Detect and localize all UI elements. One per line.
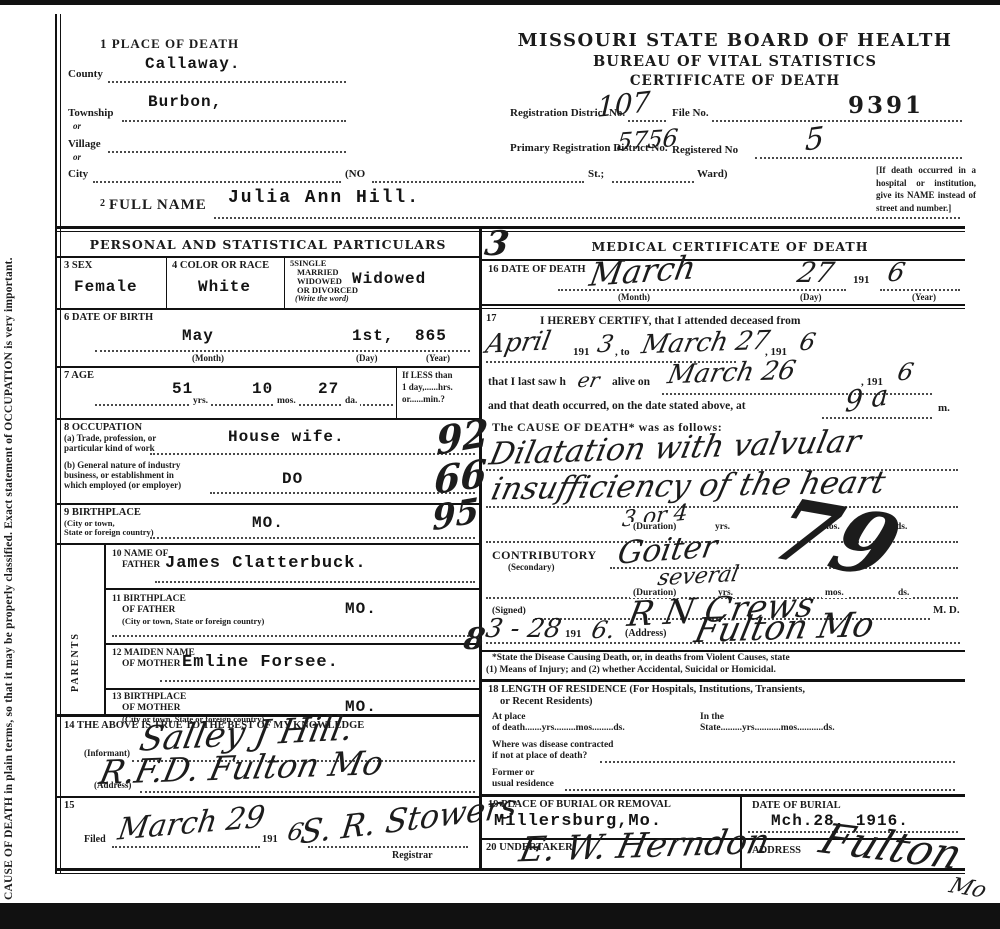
dob-label: 6 DATE OF BIRTH: [64, 312, 153, 323]
footnote-line-1: *State the Disease Causing Death, or, in…: [492, 653, 790, 663]
signed-year-script: 6.: [589, 616, 618, 644]
occupation-b-label-2: business, or establishment in: [64, 470, 174, 480]
physician-address-script: Fulton Mo: [691, 605, 878, 652]
father-name-label-1: 10 NAME OF: [112, 549, 168, 559]
certificate-title: CERTIFICATE OF DEATH: [505, 73, 965, 89]
board-title: MISSOURI STATE BOARD OF HEALTH: [505, 30, 965, 51]
burial-place-label: 19 PLACE OF BURIAL OR REMOVAL: [488, 799, 671, 810]
age-label: 7 AGE: [64, 370, 94, 381]
divider: [482, 304, 965, 306]
race-label: 4 COLOR OR RACE: [172, 260, 269, 271]
full-name-label: FULL NAME: [109, 197, 207, 214]
mother-name-value: Emline Forsee.: [182, 653, 339, 672]
dob-year-value: 865: [415, 327, 447, 345]
duration-ds-caption-2: ds.: [895, 588, 912, 598]
dob-day-value: 1st,: [352, 327, 394, 345]
dod-day-caption: (Day): [800, 292, 822, 302]
dotted-line: [662, 392, 932, 395]
street-label: St.;: [588, 168, 604, 180]
footnote-line-2: (1) Means of Injury; and (2) whether Acc…: [486, 665, 776, 675]
attended-to-date-script: March 27: [639, 326, 773, 361]
md-caption: M. D.: [933, 604, 960, 616]
contracted-label-2: if not at place of death?: [492, 751, 587, 761]
section-3-scrawl: 3: [482, 224, 511, 264]
divider: [104, 588, 479, 590]
m-caption: m.: [938, 402, 950, 414]
if-less-line-3: or......min.?: [402, 394, 445, 404]
divider: [57, 796, 479, 798]
divider: [57, 543, 479, 545]
county-value: Callaway.: [145, 55, 240, 73]
dotted-line: [93, 180, 341, 183]
dob-day-caption: (Day): [356, 353, 378, 363]
secondary-caption: (Secondary): [508, 562, 555, 572]
dotted-line: [150, 452, 475, 455]
dotted-line: [160, 679, 475, 682]
date-of-death-label: 16 DATE OF DEATH: [488, 264, 586, 275]
father-name-value: James Clatterbuck.: [165, 554, 367, 573]
address-caption: (Address): [94, 780, 131, 790]
item-17-label: 17: [486, 313, 497, 324]
mother-name-label-2: OF MOTHER: [122, 659, 181, 669]
dod-month-caption: (Month): [618, 292, 650, 302]
last-saw-her-script: er: [575, 368, 602, 392]
ward-label: Ward): [697, 168, 728, 180]
divider: [57, 308, 479, 310]
contracted-label-1: Where was disease contracted: [492, 740, 613, 750]
filed-label: Filed: [84, 834, 106, 845]
age-da-caption: da.: [342, 396, 360, 406]
dotted-line: [150, 536, 475, 539]
divider: [57, 503, 479, 505]
last-seen-date-script: March 26: [665, 356, 799, 391]
in-state-label-1: In the: [700, 712, 724, 722]
or-label-1: or: [73, 121, 81, 131]
age-days-value: 27: [318, 380, 339, 398]
death-year-script: 6: [885, 258, 908, 288]
father-birthplace-caption: (City or town, State or foreign country): [122, 616, 264, 626]
duration-caption-1: (Duration): [630, 522, 679, 532]
dotted-line: [822, 416, 932, 419]
township-label: Township: [68, 107, 113, 119]
death-time-script: 9 a: [844, 378, 889, 419]
item-15-label: 15: [64, 800, 75, 811]
scan-top-bar: [0, 0, 1000, 5]
dotted-line: [112, 634, 472, 637]
at-place-label-2: of death.......yrs.........mos.........d…: [492, 723, 625, 733]
alive-on-print: alive on: [612, 376, 650, 388]
father-birthplace-label-1: 11 BIRTHPLACE: [112, 594, 186, 604]
burial-date-label: DATE OF BURIAL: [752, 800, 841, 811]
former-label-1: Former or: [492, 768, 534, 778]
divider: [104, 643, 479, 645]
dotted-line: [95, 349, 470, 352]
registration-district-value: 107: [597, 85, 651, 124]
cell-divider: [166, 256, 167, 308]
death-191-print: 191: [850, 274, 873, 286]
divider: [482, 650, 965, 652]
attended-to-year-script: 6: [797, 328, 818, 356]
registered-no-value: 5: [804, 120, 824, 158]
sex-label: 3 SEX: [64, 260, 92, 271]
hospital-note: [If death occurred in a hospital or inst…: [876, 164, 976, 214]
form-left-border-inner: [60, 14, 61, 873]
mother-birthplace-label-1: 13 BIRTHPLACE: [112, 692, 186, 702]
divider: [57, 418, 479, 420]
dotted-line: [755, 156, 962, 159]
form-left-border: [55, 14, 57, 873]
death-occurred-print: and that death occurred, on the date sta…: [488, 400, 746, 412]
from-191-print: 191: [570, 346, 593, 358]
dotted-line: [880, 288, 960, 291]
dotted-line: [140, 790, 475, 793]
dob-month-caption: (Month): [192, 353, 224, 363]
occupation-a-label-1: (a) Trade, profession, or: [64, 433, 156, 443]
dotted-line: [108, 150, 346, 153]
file-no-label: File No.: [672, 107, 709, 119]
cell-divider: [396, 366, 397, 418]
dotted-line: [612, 180, 694, 183]
attended-from-month-script: April: [483, 326, 553, 360]
street-no-label: (NO: [345, 168, 365, 180]
dotted-line: [600, 760, 955, 763]
or-label-2: or: [73, 152, 81, 162]
column-divider: [479, 226, 482, 871]
registrar-caption: Registrar: [392, 850, 433, 861]
dotted-line: [122, 119, 346, 122]
divider: [482, 679, 965, 682]
to-print: , to: [612, 346, 633, 358]
mother-birthplace-label-2: OF MOTHER: [122, 703, 181, 713]
personal-section-title: PERSONAL AND STATISTICAL PARTICULARS: [57, 237, 479, 252]
marital-value: Widowed: [352, 270, 426, 288]
former-label-2: usual residence: [492, 779, 554, 789]
undertaker-signature: E. W. Herndon: [516, 821, 774, 870]
undertaker-address-label: ADDRESS: [752, 845, 801, 856]
race-value: White: [198, 278, 251, 296]
birthplace-label: 9 BIRTHPLACE: [64, 507, 141, 518]
residence-label-1: 18 LENGTH OF RESIDENCE (For Hospitals, I…: [488, 684, 805, 695]
file-no-value: 9391: [845, 92, 927, 119]
dod-year-caption: (Year): [912, 292, 936, 302]
occupation-b-label-1: (b) General nature of industry: [64, 460, 180, 470]
occupation-b-label-3: which employed (or employer): [64, 480, 181, 490]
marital-label-5: (Write the word): [295, 294, 349, 303]
county-label: County: [68, 68, 103, 80]
divider: [482, 794, 965, 797]
last-saw-print: that I last saw h: [488, 376, 566, 388]
dotted-line: [712, 119, 962, 122]
at-place-label-1: At place: [492, 712, 526, 722]
occupation-a-label-2: particular kind of work: [64, 443, 155, 453]
full-name-number: 2: [100, 198, 105, 209]
birthplace-value: MO.: [252, 514, 284, 532]
dotted-line: [372, 180, 584, 183]
occupation-b-value: DO: [282, 470, 303, 488]
death-month-script: March: [587, 248, 699, 294]
death-certificate-scan: CAUSE OF DEATH in plain terms, so that i…: [0, 0, 1000, 929]
dotted-line: [214, 216, 960, 219]
occupation-a-value: House wife.: [228, 428, 345, 446]
divider: [57, 366, 479, 368]
medical-section-title: MEDICAL CERTIFICATE OF DEATH: [520, 239, 940, 254]
dob-month-value: May: [182, 327, 214, 345]
divider: [482, 308, 965, 309]
undertaker-address-state-script: Mo: [946, 874, 991, 903]
divider: [55, 868, 965, 871]
signed-address-caption: (Address): [622, 628, 669, 639]
contributory-label: CONTRIBUTORY: [492, 548, 597, 563]
signed-191-print: 191: [562, 628, 585, 640]
place-of-death-label: 1 PLACE OF DEATH: [100, 36, 239, 52]
dotted-line: [565, 788, 955, 791]
age-mos-caption: mos.: [274, 396, 299, 406]
last-seen-year-script: 6: [895, 358, 916, 386]
scan-bottom-bar: [0, 903, 1000, 929]
in-state-label-2: State.........yrs...........mos.........…: [700, 723, 835, 733]
filed-191-print: 191: [262, 834, 278, 845]
divider: [104, 688, 479, 690]
death-day-script: 27: [794, 256, 837, 289]
divider: [57, 256, 479, 258]
cell-divider: [284, 256, 285, 308]
occupation-label: 8 OCCUPATION: [64, 422, 142, 433]
full-name-value: Julia Ann Hill.: [228, 188, 420, 208]
birthplace-caption-2: State or foreign country): [64, 527, 154, 537]
father-birthplace-value: MO.: [345, 600, 377, 618]
if-less-line-1: If LESS than: [402, 370, 453, 380]
sex-value: Female: [74, 278, 138, 296]
father-name-label-2: FATHER: [122, 560, 160, 570]
dob-year-caption: (Year): [426, 353, 450, 363]
divider: [55, 873, 965, 874]
age-months-value: 10: [252, 380, 273, 398]
scrawl-95: 95: [432, 491, 479, 540]
dotted-line: [108, 80, 346, 83]
primary-district-value: 5756: [616, 124, 680, 157]
dotted-line: [155, 580, 475, 583]
age-yrs-caption: yrs.: [190, 396, 211, 406]
contributory-duration-script: several: [656, 562, 741, 592]
bureau-title: BUREAU OF VITAL STATISTICS: [505, 53, 965, 70]
residence-label-2: or Recent Residents): [500, 696, 593, 707]
registered-no-label: Registered No: [672, 144, 738, 156]
margin-note: CAUSE OF DEATH in plain terms, so that i…: [3, 20, 15, 900]
parents-label: PARENTS: [70, 572, 81, 692]
township-value: Burbon,: [148, 93, 222, 111]
city-label: City: [68, 168, 88, 180]
village-label: Village: [68, 138, 101, 150]
if-less-line-2: 1 day,......hrs.: [402, 382, 453, 392]
filed-date-script: March 29: [115, 799, 267, 847]
father-birthplace-label-2: OF FATHER: [122, 605, 175, 615]
